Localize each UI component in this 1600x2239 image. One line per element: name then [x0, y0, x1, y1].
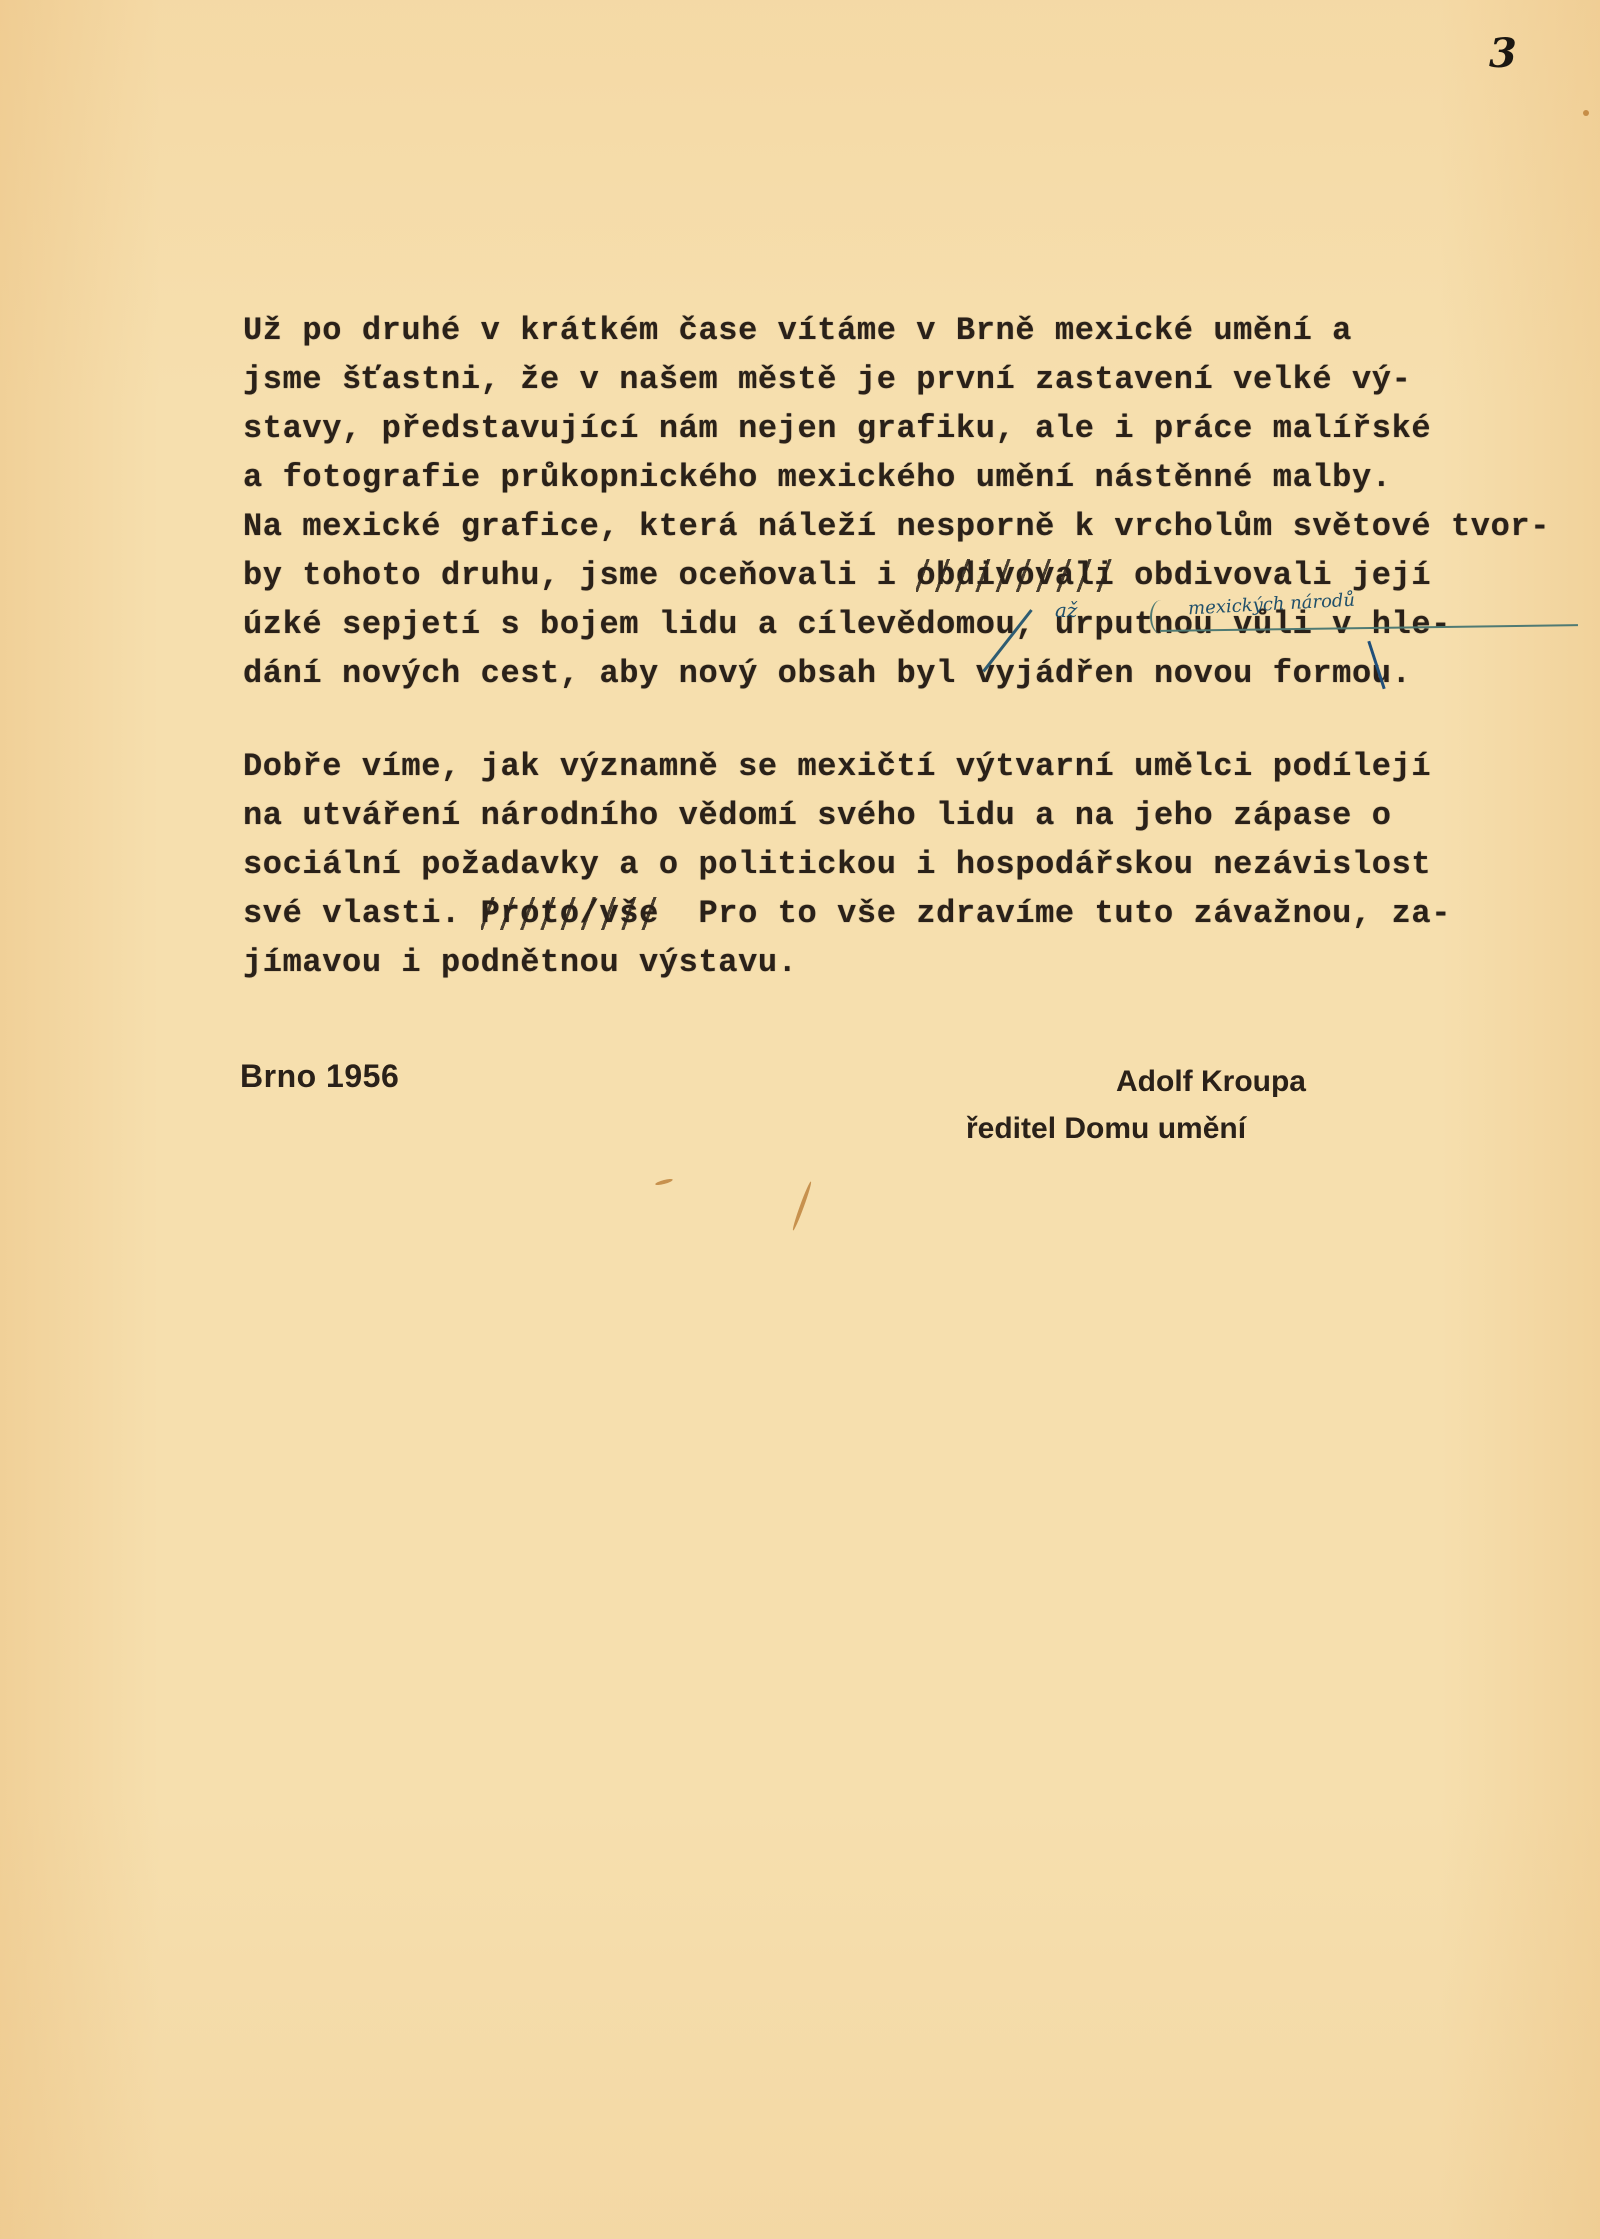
text-line: a fotografie průkopnického mexického umě… — [243, 453, 1573, 502]
place-date: Brno 1956 — [240, 1052, 399, 1101]
document-page: 3 Už po druhé v krátkém čase vítáme v Br… — [0, 0, 1600, 2239]
text-line-with-strikeout: své vlasti. Proto/vše Pro to vše zdravím… — [243, 889, 1573, 938]
text-segment: své vlasti. — [243, 895, 481, 932]
paper-spot — [1583, 110, 1589, 116]
text-line: úzké sepjetí s bojem lidu a cílevědomou,… — [243, 600, 1573, 649]
text-line: jsme šťastni, že v našem městě je první … — [243, 355, 1573, 404]
struck-out-word: Proto/vše — [481, 889, 659, 938]
page-number: 3 — [1489, 30, 1517, 77]
paragraph-1: Už po druhé v krátkém čase vítáme v Brně… — [243, 306, 1573, 698]
signatory-name: Adolf Kroupa — [966, 1058, 1386, 1105]
text-segment: by tohoto druhu, jsme oceňovali i — [243, 557, 916, 594]
text-line: na utváření národního vědomí svého lidu … — [243, 791, 1573, 840]
text-line: jímavou i podnětnou výstavu. — [243, 938, 1573, 987]
text-line: sociální požadavky a o politickou i hosp… — [243, 840, 1573, 889]
text-segment: Pro to vše zdravíme tuto závažnou, za- — [659, 895, 1451, 932]
paragraph-2: Dobře víme, jak významně se mexičtí výtv… — [243, 742, 1573, 987]
text-line: stavy, představující nám nejen grafiku, … — [243, 404, 1573, 453]
text-line: Na mexické grafice, která náleží nesporn… — [243, 502, 1573, 551]
struck-out-word: obdivovali — [916, 551, 1114, 600]
paper-fiber-mark — [655, 1178, 673, 1187]
paper-fiber-mark — [791, 1181, 813, 1231]
signature-block: Adolf Kroupa ředitel Domu umění — [966, 1058, 1386, 1152]
handwritten-insertion: až — [1055, 598, 1077, 622]
text-line-with-strikeout: by tohoto druhu, jsme oceňovali i obdivo… — [243, 551, 1573, 600]
text-line: Už po druhé v krátkém čase vítáme v Brně… — [243, 306, 1573, 355]
signatory-title: ředitel Domu umění — [966, 1105, 1386, 1152]
text-line: Dobře víme, jak významně se mexičtí výtv… — [243, 742, 1573, 791]
text-segment: obdivovali její — [1114, 557, 1431, 594]
